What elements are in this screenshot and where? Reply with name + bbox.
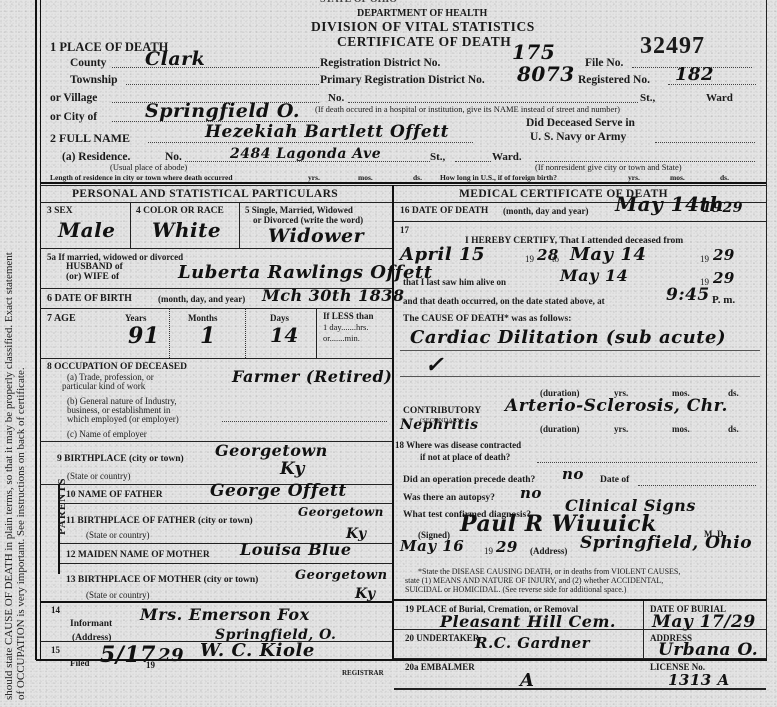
- cause-value: Cardiac Dilitation (sub acute): [410, 327, 726, 348]
- last-saw-label: that I last saw him alive on: [403, 277, 506, 287]
- marital-value: Widower: [268, 225, 364, 247]
- autopsy-label: Was there an autopsy?: [403, 493, 495, 503]
- sex-value: Male: [58, 218, 115, 242]
- operation-label: Did an operation precede death?: [403, 475, 535, 485]
- county-label: County: [70, 57, 106, 69]
- nonresident-note: (If nonresident give city or town and St…: [535, 162, 682, 172]
- dob-label: 6 DATE OF BIRTH: [47, 293, 132, 304]
- parents-label: PARENTS: [56, 477, 68, 535]
- dod-hint: (month, day and year): [503, 206, 589, 216]
- frame-left-inner: [40, 0, 41, 660]
- death-time-value: 9:45: [666, 285, 710, 305]
- mother-label: 12 MAIDEN NAME OF MOTHER: [66, 550, 210, 560]
- footnote-line-3: SUICIDAL or HOMICIDAL. (See reverse side…: [405, 585, 626, 594]
- operation-value: no: [562, 465, 584, 483]
- row-line-1: [40, 248, 392, 249]
- bottom-line-right: [394, 688, 766, 690]
- burial-row-line-1: [394, 629, 766, 630]
- months-label: Months: [188, 313, 218, 323]
- footnote-line-1: *State the DISEASE CAUSING DEATH, or in …: [418, 567, 680, 576]
- age-label: 7 AGE: [47, 313, 76, 324]
- attended-to: May 14: [570, 244, 646, 265]
- dod-line: [394, 221, 766, 222]
- registrar-label: Registrar: [342, 669, 384, 677]
- filed-year: 29: [158, 645, 184, 666]
- signed-year: 29: [496, 538, 518, 556]
- department-header: DEPARTMENT OF HEALTH: [357, 8, 487, 19]
- birthplace-state: Ky: [280, 459, 305, 479]
- registration-district-label: Registration District No.: [320, 57, 440, 69]
- undertaker-address: Urbana O.: [658, 640, 758, 660]
- foreign-ds: ds.: [720, 173, 729, 182]
- row-line-10: [40, 601, 392, 603]
- occupation-label: 8 OCCUPATION OF DECEASED: [47, 362, 187, 372]
- length-mos: mos.: [358, 173, 373, 182]
- to-label: to: [552, 254, 559, 264]
- color-divider: [239, 202, 240, 248]
- duration-ds-1: ds.: [728, 388, 739, 398]
- age-days-value: 14: [270, 323, 299, 347]
- top-section-divider: [40, 182, 766, 184]
- license-value: 1313 A: [668, 671, 730, 689]
- foreign-birth-label: How long in U.S., if of foreign birth?: [440, 173, 557, 182]
- filed-label: Filed: [70, 658, 90, 668]
- street-no-label: No.: [328, 92, 344, 104]
- duration-yrs-2: yrs.: [614, 424, 628, 434]
- file-number: 32497: [640, 33, 705, 60]
- age-divider-2: [245, 308, 246, 358]
- city-label: or City of: [50, 111, 97, 123]
- pm-label: P. m.: [712, 294, 735, 306]
- full-name-label: 2 FULL NAME: [50, 131, 130, 146]
- cause-label: The CAUSE OF DEATH* was as follows:: [403, 314, 571, 324]
- father-birthplace-city: Georgetown: [298, 505, 384, 519]
- registrar-signature: W. C. Kiole: [200, 640, 315, 661]
- signed-address-label: (Address): [530, 546, 567, 556]
- signed-year-prefix: 19: [484, 546, 493, 556]
- navy-line: [655, 142, 755, 143]
- county-value: Clark: [145, 48, 205, 70]
- father-value: George Offett: [210, 481, 347, 501]
- personal-section-title: PERSONAL AND STATISTICAL PARTICULARS: [72, 188, 338, 200]
- contracted-line: [537, 462, 757, 463]
- center-divider: [392, 185, 394, 660]
- birthplace-state-label: (State or country): [67, 471, 130, 481]
- trade-label-2: particular kind of work: [62, 381, 145, 391]
- less-label-3: or.......min.: [323, 333, 360, 343]
- signed-date: May 16: [400, 537, 464, 555]
- instruction-line-2: of OCCUPATION is very important. See ins…: [15, 0, 27, 700]
- cause-line-2: [400, 376, 760, 377]
- operation-date-label: Date of: [600, 475, 629, 485]
- residence-st-label: St.,: [430, 151, 445, 163]
- file-no-label: File No.: [585, 57, 623, 69]
- burial-top-line: [394, 599, 766, 601]
- sex-label: 3 SEX: [47, 206, 73, 216]
- informant-number: 14: [51, 605, 60, 615]
- village-label: or Village: [50, 92, 97, 104]
- certificate-title: CERTIFICATE OF DEATH: [337, 34, 511, 50]
- filed-year-prefix: 19: [146, 660, 155, 670]
- contributory-value: Arterio-Sclerosis, Chr.: [505, 396, 728, 416]
- registered-no-value: 182: [675, 64, 714, 85]
- spouse-label-3: (or) WIFE of: [66, 272, 119, 282]
- less-label-2: 1 day.......hrs.: [323, 322, 368, 332]
- burial-row-line-2: [394, 658, 766, 659]
- employer-label: (c) Name of employer: [67, 429, 147, 439]
- frame-left-outer: [35, 0, 37, 660]
- sidebar-instructions: should state CAUSE OF DEATH in plain ter…: [3, 0, 27, 700]
- filed-number: 15: [51, 645, 60, 655]
- foreign-yrs: yrs.: [628, 173, 640, 182]
- attended-to-year-prefix: 19: [700, 254, 709, 264]
- contracted-label-2: if not at place of death?: [420, 452, 510, 462]
- item-17: 17: [400, 225, 409, 235]
- age-divider-1: [169, 308, 170, 358]
- marital-label-2: or Divorced (write the word): [253, 215, 363, 225]
- duration-ds-2: ds.: [728, 424, 739, 434]
- township-line: [126, 84, 319, 85]
- row-line-7: [60, 503, 392, 504]
- primary-district-value: 8073: [517, 62, 575, 86]
- spouse-label-2: HUSBAND of: [66, 262, 123, 272]
- color-value: White: [152, 218, 221, 242]
- industry-label-3: which employed (or employer): [67, 414, 179, 424]
- length-of-residence-label: Length of residence in city or town wher…: [50, 173, 233, 182]
- birthplace-city: Georgetown: [215, 441, 328, 460]
- death-time-label: and that death occurred, on the date sta…: [403, 296, 605, 306]
- days-label: Days: [270, 313, 289, 323]
- usual-place-note: (Usual place of abode): [110, 162, 187, 172]
- death-certificate-scan: should state CAUSE OF DEATH in plain ter…: [0, 0, 777, 707]
- mother-birthplace-city: Georgetown: [295, 568, 388, 583]
- operation-date-line: [638, 485, 756, 486]
- years-label: Years: [125, 313, 147, 323]
- signed-address: Springfield, Ohio: [580, 533, 752, 553]
- spouse-value: Luberta Rawlings Offett: [178, 262, 433, 283]
- cause-line: [400, 350, 760, 351]
- attended-to-year: 29: [713, 246, 735, 264]
- dob-value: Mch 30th 1838: [262, 286, 405, 305]
- personal-title-line: [40, 202, 392, 203]
- attended-from: April 15: [400, 244, 485, 265]
- trade-value: Farmer (Retired): [232, 367, 392, 386]
- navy-label-1: Did Deceased Serve in: [526, 117, 635, 129]
- mother-birthplace-state: Ky: [355, 586, 376, 602]
- last-saw-value: May 14: [560, 266, 628, 285]
- father-label: 10 NAME OF FATHER: [66, 490, 163, 500]
- industry-line: [222, 421, 387, 422]
- contributory-label: CONTRIBUTORY: [403, 406, 481, 416]
- duration-label-2: (duration): [540, 424, 580, 434]
- length-yrs: yrs.: [308, 173, 320, 182]
- mother-value: Louisa Blue: [240, 540, 352, 559]
- color-label: 4 COLOR OR RACE: [136, 206, 224, 216]
- undertaker-value: R.C. Gardner: [475, 634, 590, 652]
- footnote-line-2: state (1) MEANS AND NATURE OF INJURY, an…: [405, 576, 663, 585]
- division-header: DIVISION OF VITAL STATISTICS: [311, 19, 535, 35]
- primary-district-label: Primary Registration District No.: [320, 74, 485, 86]
- duration-mos-2: mos.: [672, 424, 690, 434]
- ward-label: Ward: [706, 92, 733, 104]
- marital-label-1: 5 Single, Married, Widowed: [245, 205, 353, 215]
- attended-from-year-prefix: 19: [525, 254, 534, 264]
- father-birthplace-state-label: (State or country): [86, 530, 149, 540]
- father-birthplace-label: 11 BIRTHPLACE OF FATHER (city or town): [66, 516, 253, 526]
- informant-label: Informant: [70, 619, 112, 629]
- foreign-mos: mos.: [670, 173, 685, 182]
- age-months-value: 1: [200, 323, 216, 349]
- street-st-label: St.,: [640, 92, 655, 104]
- length-ds: ds.: [413, 173, 422, 182]
- cause-mark: ✓: [425, 352, 444, 378]
- street-line: [348, 102, 638, 103]
- township-label: Township: [70, 74, 118, 86]
- navy-label-2: U. S. Navy or Army: [530, 131, 626, 143]
- undertaker-label: 20 UNDERTAKER: [405, 633, 479, 643]
- contracted-label-1: 18 Where was disease contracted: [395, 440, 521, 450]
- row-line-3: [40, 308, 392, 309]
- mother-birthplace-state-label: (State or country): [86, 590, 149, 600]
- sex-divider: [130, 202, 131, 248]
- contributory-value-2: Nephritis: [400, 417, 479, 433]
- county-line: [112, 67, 319, 68]
- embalmer-label: 20a EMBALMER: [405, 662, 475, 672]
- city-value: Springfield O.: [145, 100, 300, 122]
- state-header: STATE OF OHIO: [320, 0, 397, 5]
- less-label-1: If LESS than: [323, 311, 374, 321]
- hospital-note: (If death occured in a hospital or insti…: [315, 104, 620, 114]
- residence-ward-label: Ward.: [492, 151, 522, 163]
- residence-ward-line: [455, 161, 491, 162]
- row-line-4: [40, 358, 392, 359]
- age-divider-3: [316, 308, 317, 358]
- full-name-line: [148, 142, 473, 143]
- age-years-value: 91: [128, 323, 160, 349]
- last-saw-year: 29: [713, 269, 735, 287]
- dob-hint: (month, day, and year): [158, 294, 245, 304]
- informant-value: Mrs. Emerson Fox: [140, 605, 310, 624]
- top-section-divider-2: [40, 185, 766, 186]
- registered-no-label: Registered No.: [578, 74, 650, 86]
- full-name-value: Hezekiah Bartlett Offett: [205, 122, 449, 142]
- dod-year: 1929: [702, 200, 743, 216]
- spouse-label-1: 5a If married, widowed or divorced: [47, 252, 183, 262]
- dod-label: 16 DATE OF DEATH: [400, 206, 488, 216]
- mother-birthplace-label: 13 BIRTHPLACE OF MOTHER (city or town): [66, 575, 258, 585]
- autopsy-value: no: [520, 484, 542, 502]
- instruction-line-1: should state CAUSE OF DEATH in plain ter…: [3, 0, 15, 700]
- row-line-9: [60, 563, 392, 564]
- registration-district-value: 175: [512, 40, 555, 64]
- birthplace-label: 9 BIRTHPLACE (city or town): [57, 454, 184, 464]
- residence-value: 2484 Lagonda Ave: [230, 146, 381, 162]
- frame-right: [766, 0, 767, 660]
